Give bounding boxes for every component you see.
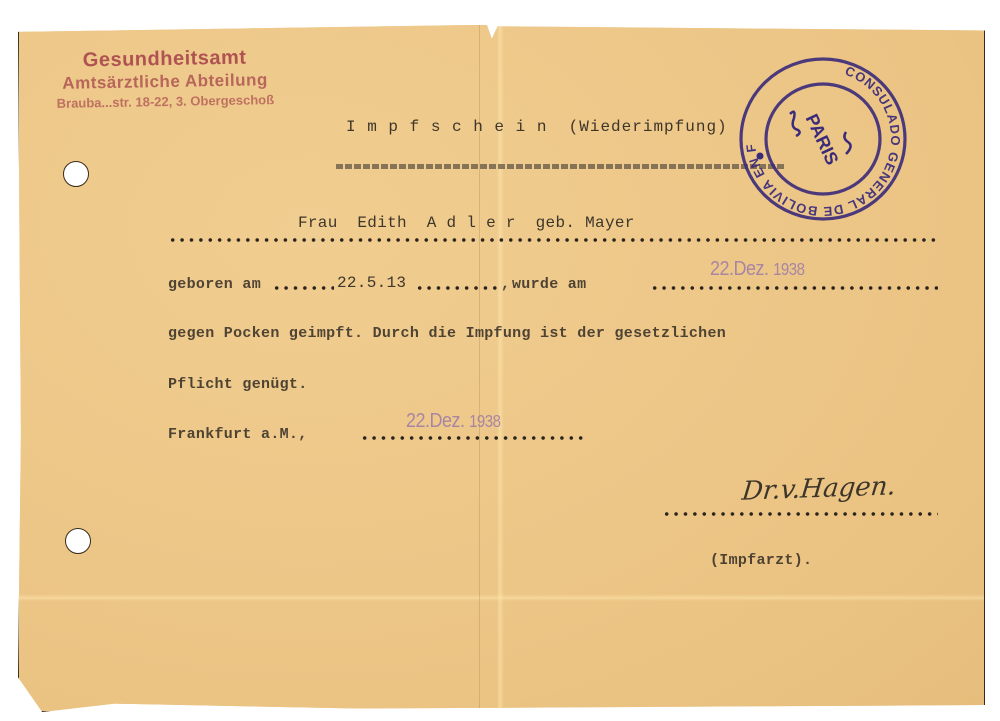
vaccination-date-stamp: 22.Dez. 1938 (710, 256, 804, 280)
punch-hole-top (63, 161, 89, 187)
body-text-line1: gegen Pocken geimpft. Durch die Impfung … (168, 325, 726, 342)
body-text-line2: Pflicht genügt. (168, 376, 308, 393)
health-office-stamp-line2: Amtsärztliche Abteilung (40, 70, 290, 94)
consulate-seal-center-text: PARIS (802, 111, 843, 168)
document-title: I m p f s c h e i n (Wiederimpfung) (346, 118, 728, 136)
vaccinated-label: wurde am (512, 276, 586, 293)
place-date-stamp: 22.Dez. 1938 (406, 408, 500, 432)
doctor-signature: Dr.v.Hagen. (740, 471, 897, 506)
place-date-dots (360, 436, 586, 440)
signature-dotted-line (662, 512, 938, 516)
consulate-seal-stamp: CONSULADO GENERAL DE BOLIVIA EN FRANCIA … (738, 56, 908, 222)
birth-date: 22.5.13 (337, 274, 406, 292)
title-underline-rule (336, 164, 786, 169)
born-label: geboren am (168, 276, 261, 293)
place-label: Frankfurt a.M., (168, 426, 308, 443)
recipient-dotted-line (168, 238, 940, 242)
health-office-stamp-line1: Gesundheitsamt (39, 46, 289, 73)
punch-hole-bottom (65, 528, 91, 554)
birth-date-dots-leading (272, 286, 334, 290)
birth-comma: , (501, 276, 510, 293)
health-office-stamp: Gesundheitsamt Amtsärztliche Abteilung B… (39, 46, 290, 111)
vaccination-date-dots (650, 286, 938, 290)
signature-role: (Impfarzt). (710, 552, 812, 569)
recipient-name-line: Frau Edith A d l e r geb. Mayer (298, 214, 635, 232)
birth-date-dots-trailing (415, 286, 499, 290)
